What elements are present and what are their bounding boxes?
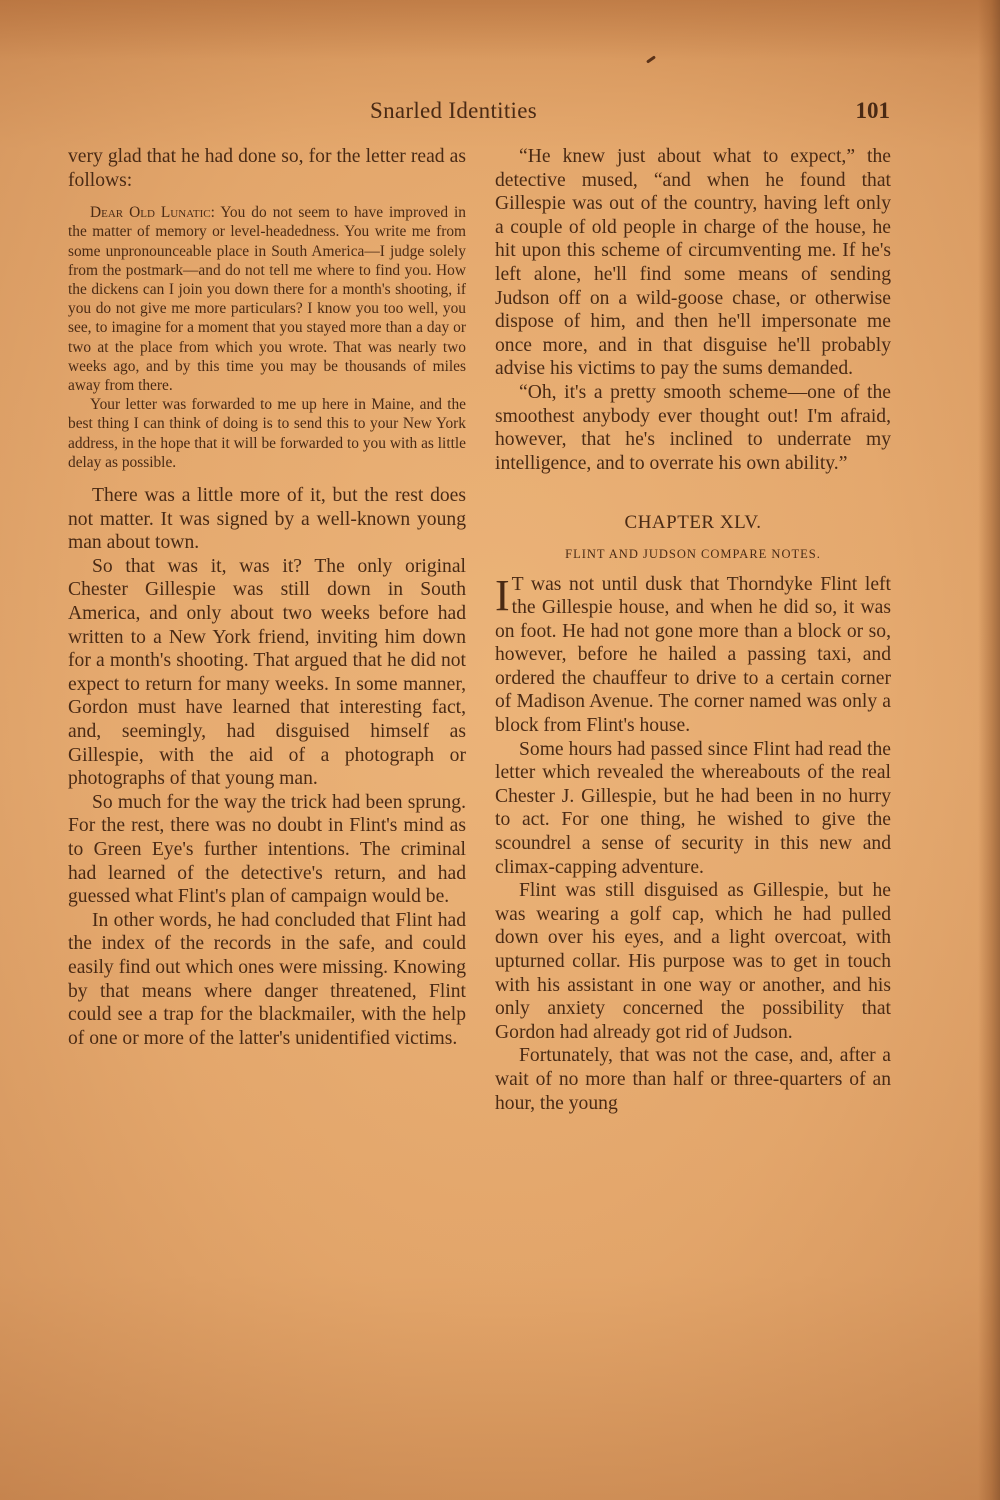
paragraph: Fortunately, that was not the case, and,… bbox=[495, 1044, 891, 1115]
chapter-subtitle: FLINT AND JUDSON COMPARE NOTES. bbox=[495, 543, 891, 567]
left-column: very glad that he had done so, for the l… bbox=[68, 145, 466, 1050]
paragraph: So that was it, was it? The only origina… bbox=[68, 555, 466, 791]
paragraph: Flint was still disguised as Gillespie, … bbox=[495, 879, 891, 1044]
chapter-opening-paragraph: IT was not until dusk that Thorndyke Fli… bbox=[495, 573, 891, 738]
quoted-letter: Dear Old Lunatic: You do not seem to hav… bbox=[68, 203, 466, 472]
page-number: 101 bbox=[856, 98, 891, 124]
paragraph-continued: very glad that he had done so, for the l… bbox=[68, 145, 466, 192]
running-title: Snarled Identities bbox=[370, 98, 537, 124]
page-top-shadow bbox=[0, 0, 1000, 60]
paragraph: There was a little more of it, but the r… bbox=[68, 484, 466, 555]
letter-paragraph: Dear Old Lunatic: You do not seem to hav… bbox=[68, 203, 466, 395]
drop-cap: I bbox=[495, 577, 510, 615]
page-right-edge-shadow bbox=[978, 0, 1000, 1500]
opening-text: T was not until dusk that Thorndyke Flin… bbox=[495, 574, 891, 737]
paragraph: So much for the way the trick had been s… bbox=[68, 791, 466, 909]
letter-body: You do not seem to have improved in the … bbox=[68, 204, 466, 394]
letter-salutation: Dear Old Lunatic: bbox=[90, 204, 215, 221]
paragraph: “He knew just about what to expect,” the… bbox=[495, 145, 891, 381]
page-header: Snarled Identities 101 bbox=[68, 98, 890, 134]
paragraph: Some hours had passed since Flint had re… bbox=[495, 738, 891, 880]
book-page: Snarled Identities 101 very glad that he… bbox=[0, 0, 1000, 1500]
paragraph: In other words, he had concluded that Fl… bbox=[68, 909, 466, 1051]
paragraph: “Oh, it's a pretty smooth scheme—one of … bbox=[495, 381, 891, 475]
letter-paragraph: Your letter was forwarded to me up here … bbox=[68, 395, 466, 472]
right-column: “He knew just about what to expect,” the… bbox=[495, 145, 891, 1115]
chapter-title: CHAPTER XLV. bbox=[495, 511, 891, 535]
